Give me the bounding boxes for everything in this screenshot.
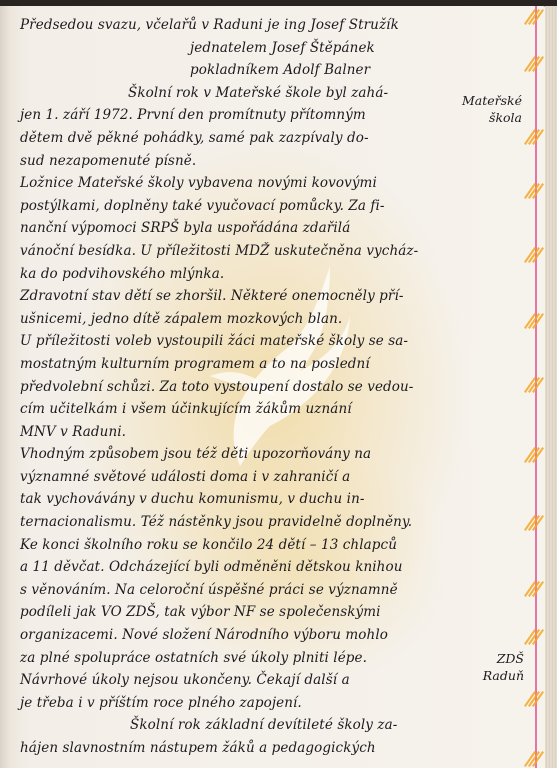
margin-tick-icon — [527, 182, 543, 204]
text-line: mostatným kulturním programem a to na po… — [20, 353, 440, 376]
text-line: sud nezapomenuté písně. — [20, 150, 440, 173]
text-line: Vhodným způsobem jsou též děti upozorňov… — [20, 443, 440, 466]
text-line: s věnováním. Na celoroční úspěšné práci … — [20, 579, 440, 602]
text-line: ternacionalismu. Též nástěnky jsou pravi… — [20, 511, 440, 534]
text-line: U příležitosti voleb vystoupili žáci mat… — [20, 330, 440, 353]
margin-tick-icon — [527, 8, 543, 30]
margin-tick-icon — [527, 628, 543, 650]
text-line: MNV v Raduni. — [20, 421, 440, 444]
margin-note-line: Raduň — [458, 667, 524, 684]
text-line: organizacemi. Nové složení Národního výb… — [20, 624, 440, 647]
margin-note-zds-radun: ZDŠ Raduň — [458, 650, 524, 684]
text-line: Ke konci školního roku se končilo 24 dět… — [20, 534, 440, 557]
text-line: významné světové události doma i v zahra… — [20, 466, 440, 489]
text-line: jen 1. září 1972. První den promítnuty p… — [20, 104, 440, 127]
text-line: cím učitelkám i všem účinkujícím žákům u… — [20, 398, 440, 421]
margin-note-line: Mateřské — [462, 92, 522, 109]
text-line: Předsedou svazu, včelařů v Raduni je ing… — [20, 14, 440, 37]
text-line: Školní rok základní devítileté školy za- — [20, 714, 440, 737]
margin-note-materska-skola: Mateřské škola — [462, 92, 522, 126]
margin-tick-icon — [527, 580, 543, 602]
text-line: vánoční besídka. U příležitosti MDŽ usku… — [20, 240, 440, 263]
text-line: pokladníkem Adolf Balner — [20, 59, 440, 82]
text-line: ka do podvihovského mlýnka. — [20, 263, 440, 286]
text-line: ušnicemi, jedno dítě zápalem mozkových b… — [20, 308, 440, 331]
margin-tick-icon — [527, 55, 543, 77]
text-line: předvolební schůzi. Za toto vystoupení d… — [20, 376, 440, 399]
text-line: a 11 děvčat. Odcházející byli odměněni d… — [20, 556, 440, 579]
margin-tick-icon — [527, 514, 543, 536]
margin-tick-icon — [527, 690, 543, 712]
page-edges — [545, 6, 557, 768]
margin-tick-icon — [527, 446, 543, 468]
text-line: Návrhové úkoly nejsou ukončeny. Čekají d… — [20, 669, 440, 692]
text-line: je třeba i v příštím roce plného zapojen… — [20, 692, 440, 715]
margin-note-line: ZDŠ — [458, 650, 524, 667]
margin-tick-icon — [527, 312, 543, 334]
text-line: Školní rok v Mateřské škole byl zahá- — [20, 82, 440, 105]
text-line: dětem dvě pěkné pohádky, samé pak zazpív… — [20, 127, 440, 150]
text-line: za plné spolupráce ostatních své úkoly p… — [20, 647, 440, 670]
margin-tick-icon — [527, 376, 543, 398]
text-line: nanční výpomoci SRPŠ byla uspořádána zda… — [20, 217, 440, 240]
text-line: Zdravotní stav dětí se zhoršil. Některé … — [20, 285, 440, 308]
margin-tick-icon — [527, 246, 543, 268]
text-line: hájen slavnostním nástupem žáků a pedago… — [20, 737, 440, 760]
handwritten-text: Předsedou svazu, včelařů v Raduni je ing… — [20, 14, 440, 760]
margin-tick-icon — [527, 750, 543, 768]
text-line: tak vychovávány v duchu komunismu, v duc… — [20, 488, 440, 511]
text-line: jednatelem Josef Štěpánek — [20, 37, 440, 60]
margin-note-line: škola — [462, 109, 522, 126]
margin-tick-icon — [527, 128, 543, 150]
text-line: postýlkami, doplněny také vyučovací pomů… — [20, 195, 440, 218]
text-line: Ložnice Mateřské školy vybavena novými k… — [20, 172, 440, 195]
text-line: podíleli jak VO ZDŠ, tak výbor NF se spo… — [20, 601, 440, 624]
